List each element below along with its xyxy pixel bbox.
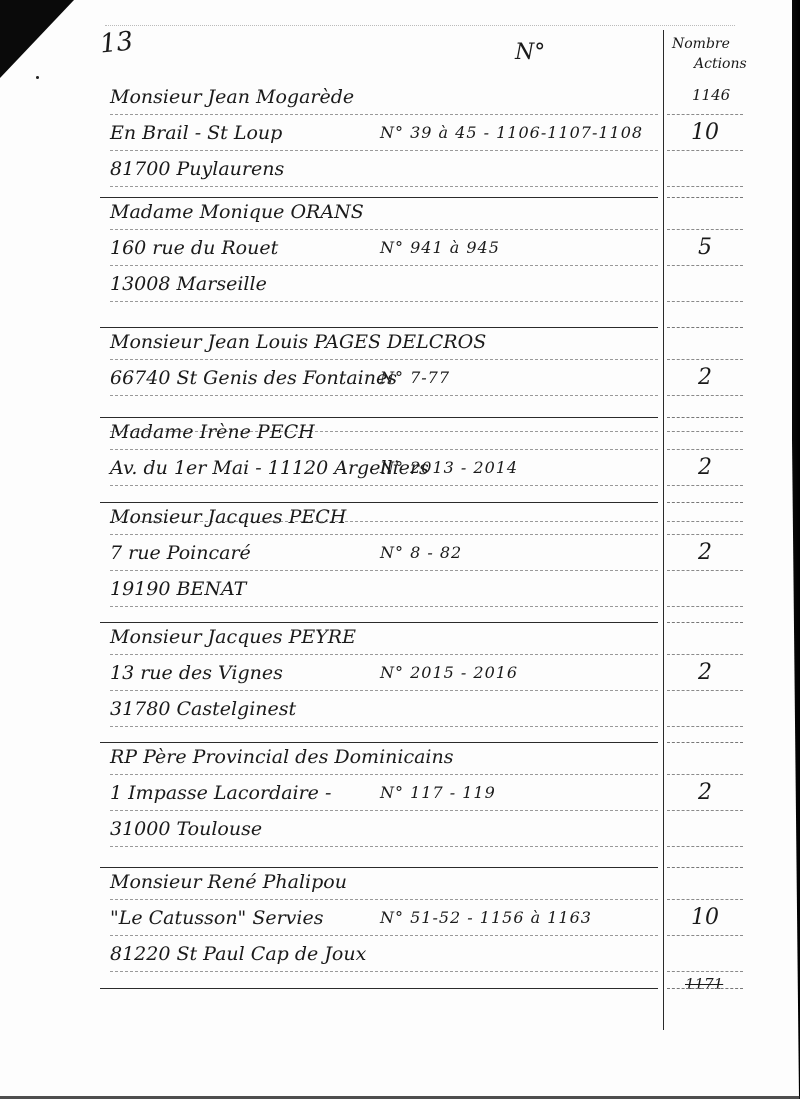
quantity-ruled-line xyxy=(667,195,743,230)
entry-holder-name: Monsieur Jacques PEYRE xyxy=(110,620,658,655)
entry-share-numbers: N° 2013 - 2014 xyxy=(380,451,518,485)
quantity-header-line-1: Nombre xyxy=(672,36,730,52)
entry-address-line-2-text: 19190 BENAT xyxy=(110,578,246,600)
entry-address-line-1: 1 Impasse Lacordaire -N° 117 - 119 xyxy=(110,776,658,811)
quantity-ruled-line xyxy=(667,812,743,847)
entry-holder-name: Madame Monique ORANS xyxy=(110,195,658,230)
entry-share-quantity: 10 xyxy=(667,901,743,936)
entry-share-quantity: 10 xyxy=(667,116,743,151)
entry-holder-name: Madame Irène PECH xyxy=(110,415,658,450)
entry-address-line-1: "Le Catusson" ServiesN° 51-52 - 1156 à 1… xyxy=(110,901,658,936)
quantity-ruled-line xyxy=(667,865,743,900)
quantity-ruled-line xyxy=(667,500,743,535)
entry-share-numbers: N° 2015 - 2016 xyxy=(380,656,518,690)
entry-share-quantity: 2 xyxy=(667,451,743,486)
entry-holder-name-text: Monsieur René Phalipou xyxy=(110,871,347,893)
number-column-header: N° xyxy=(515,40,545,65)
entry-address-line-2-text: 31780 Castelginest xyxy=(110,698,296,720)
entry-address-line-1: 66740 St Genis des FontainesN° 7-77 xyxy=(110,361,658,396)
entry-share-numbers: N° 941 à 945 xyxy=(380,231,500,265)
entry-address-line-1: 7 rue PoincaréN° 8 - 82 xyxy=(110,536,658,571)
entry-share-quantity: 5 xyxy=(667,231,743,266)
stray-ink-mark xyxy=(36,76,39,79)
entry-holder-name-text: Monsieur Jacques PEYRE xyxy=(110,626,356,648)
entry-address-line-2-text: 13008 Marseille xyxy=(110,273,267,295)
entry-address-line-1-text: 1 Impasse Lacordaire - xyxy=(110,782,331,804)
entry-address-line-1-text: 13 rue des Vignes xyxy=(110,662,283,684)
entry-address-line-2-text: 31000 Toulouse xyxy=(110,818,262,840)
entry-address-line-1-text: 160 rue du Rouet xyxy=(110,237,278,259)
entry-share-quantity: 2 xyxy=(667,776,743,811)
entry-address-line-1-text: 66740 St Genis des Fontaines xyxy=(110,367,397,389)
quantity-ruled-line xyxy=(667,325,743,360)
entry-address-line-1-text: "Le Catusson" Servies xyxy=(110,907,323,929)
entry-holder-name: Monsieur Jean Louis PAGES DELCROS xyxy=(110,325,658,360)
quantity-ruled-line xyxy=(667,620,743,655)
entry-holder-name: Monsieur René Phalipou xyxy=(110,865,658,900)
entry-holder-name-text: Madame Monique ORANS xyxy=(110,201,364,223)
quantity-ruled-line xyxy=(667,937,743,972)
entry-holder-name-text: Monsieur Jean Mogarède xyxy=(110,86,354,108)
entry-address-line-1: Av. du 1er Mai - 11120 ArgelliersN° 2013… xyxy=(110,451,658,486)
entry-address-line-2: 81700 Puylaurens xyxy=(110,152,658,187)
entry-share-quantity: 2 xyxy=(667,656,743,691)
entry-address-line-2: 19190 BENAT xyxy=(110,572,658,607)
entry-share-numbers: N° 39 à 45 - 1106-1107-1108 xyxy=(380,116,643,150)
entry-address-line-2-text: 81220 St Paul Cap de Joux xyxy=(110,943,366,965)
entry-holder-name: RP Père Provincial des Dominicains xyxy=(110,740,658,775)
entry-address-line-1-text: 7 rue Poincaré xyxy=(110,542,251,564)
entry-share-numbers: N° 8 - 82 xyxy=(380,536,462,570)
entry-share-quantity: 2 xyxy=(667,361,743,396)
entry-share-numbers: N° 117 - 119 xyxy=(380,776,496,810)
top-dotted-rule xyxy=(105,25,735,26)
entry-address-line-2: 31000 Toulouse xyxy=(110,812,658,847)
quantity-ruled-line xyxy=(667,692,743,727)
scanner-shadow-corner xyxy=(0,0,74,78)
entry-address-line-2: 13008 Marseille xyxy=(110,267,658,302)
entry-holder-name: Monsieur Jacques PECH xyxy=(110,500,658,535)
quantity-ruled-line xyxy=(667,415,743,450)
entry-separator-rule xyxy=(100,988,658,989)
quantity-ruled-line xyxy=(667,152,743,187)
quantity-ruled-line xyxy=(667,267,743,302)
entry-address-line-1: 13 rue des VignesN° 2015 - 2016 xyxy=(110,656,658,691)
entry-address-line-1: 160 rue du RouetN° 941 à 945 xyxy=(110,231,658,266)
entry-address-line-1-text: En Brail - St Loup xyxy=(110,122,282,144)
quantity-separator-rule xyxy=(667,988,743,989)
entry-address-line-1: En Brail - St LoupN° 39 à 45 - 1106-1107… xyxy=(110,116,658,151)
entry-holder-name-text: Monsieur Jacques PECH xyxy=(110,506,346,528)
entry-address-line-2: 31780 Castelginest xyxy=(110,692,658,727)
quantity-ruled-line xyxy=(667,80,743,115)
scanned-ledger-page: 13 N° Nombre Actions 1146 1171 Monsieur … xyxy=(0,0,800,1099)
entry-holder-name-text: Monsieur Jean Louis PAGES DELCROS xyxy=(110,331,486,353)
quantity-ruled-line xyxy=(667,740,743,775)
scanner-shadow-right-edge xyxy=(780,0,800,1099)
entry-holder-name: Monsieur Jean Mogarède xyxy=(110,80,658,115)
entry-holder-name-text: Madame Irène PECH xyxy=(110,421,315,443)
entry-holder-name-text: RP Père Provincial des Dominicains xyxy=(110,746,454,768)
running-total-bottom: 1171 xyxy=(685,975,723,993)
entry-address-line-2: 81220 St Paul Cap de Joux xyxy=(110,937,658,972)
entry-share-numbers: N° 51-52 - 1156 à 1163 xyxy=(380,901,592,935)
entry-address-line-2-text: 81700 Puylaurens xyxy=(110,158,284,180)
quantity-column-divider xyxy=(663,30,664,1030)
entry-share-numbers: N° 7-77 xyxy=(380,361,450,395)
quantity-column-header: Nombre Actions xyxy=(672,34,790,74)
page-number: 13 xyxy=(99,26,135,59)
entry-share-quantity: 2 xyxy=(667,536,743,571)
quantity-header-line-2: Actions xyxy=(672,54,790,74)
quantity-ruled-line xyxy=(667,572,743,607)
